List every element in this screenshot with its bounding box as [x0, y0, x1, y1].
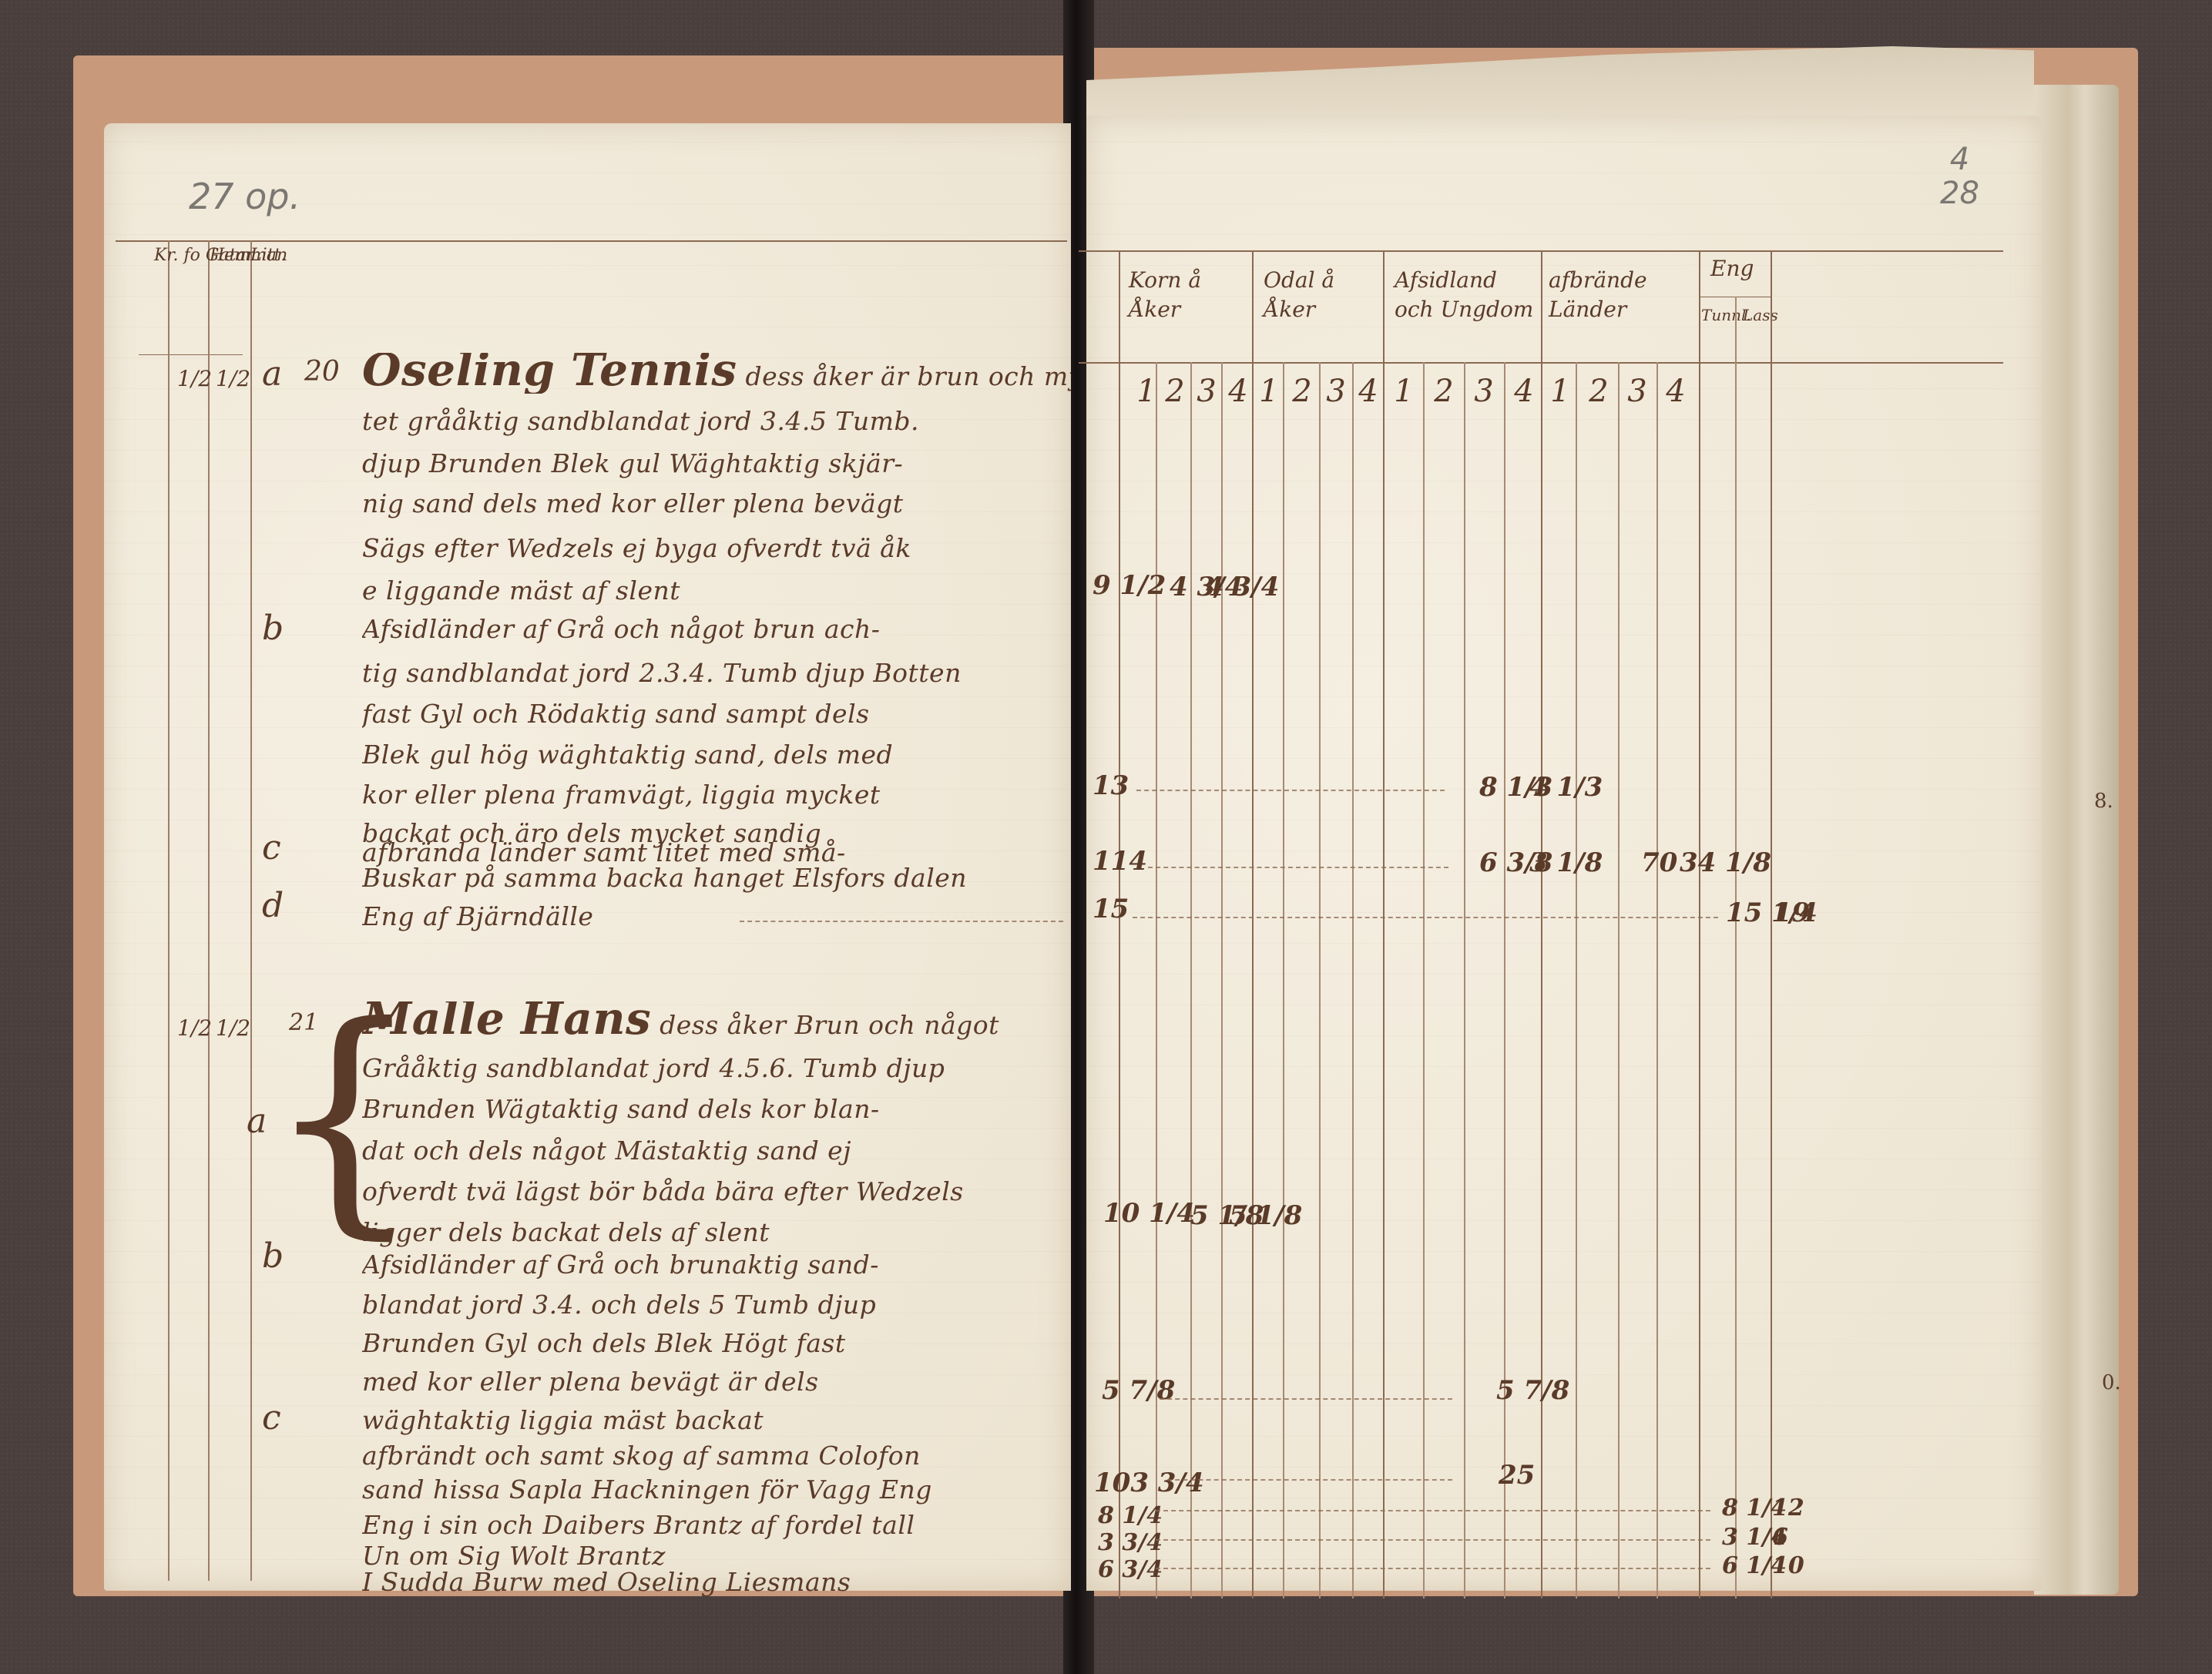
subcol-number: 3 — [1469, 374, 1499, 409]
filler-dashes — [1133, 917, 1718, 918]
filler-dashes — [1167, 1479, 1452, 1481]
column-rule — [1735, 297, 1737, 1599]
cell-first: 3 3/4 — [1098, 1529, 1163, 1556]
litt-mark: c — [262, 828, 281, 867]
cell-first: 114 — [1093, 846, 1147, 877]
entry-first-line: Oseling Tennis dess åker är brun och myl… — [362, 353, 1071, 394]
cell-first: 10 1/4 — [1103, 1198, 1195, 1229]
entry-line: sand hissa Sapla Hackningen för Vagg Eng — [362, 1473, 1071, 1507]
cell-first: 8 1/4 — [1098, 1502, 1163, 1529]
header-eng: Eng — [1703, 254, 1772, 283]
litt-mark: b — [262, 609, 284, 648]
entry-line: Grååktig sandblandat jord 4.5.6. Tumb dj… — [362, 1052, 1071, 1085]
entry-name: Malle Hans — [362, 1001, 651, 1042]
entry-name: Oseling Tennis — [362, 353, 737, 394]
entry-line: ofverdt tvä lägst bör båda bära efter We… — [362, 1175, 1071, 1209]
litt-mark: b — [262, 1236, 284, 1276]
filler-dashes — [1148, 867, 1448, 868]
filler-dashes — [1156, 1539, 1710, 1541]
cell-value: 70 — [1641, 847, 1677, 878]
entry-line: Eng af Bjärndälle — [362, 900, 1071, 934]
left-folio-number: 27 op. — [189, 176, 300, 217]
column-rule — [1464, 362, 1465, 1599]
entry-number: 21 — [289, 1009, 318, 1036]
litt-mark: a — [247, 1102, 267, 1141]
subcol-number: 3 — [1321, 374, 1351, 409]
subcol-number: 1 — [1545, 374, 1576, 409]
cell-first: 9 1/2 — [1093, 570, 1166, 601]
entry-line: Brunden Wägtaktig sand dels kor blan- — [362, 1092, 1071, 1126]
edge-note: 0. — [2102, 1371, 2121, 1394]
share-fraction: 1/2 — [216, 366, 250, 391]
column-rule — [1504, 362, 1505, 1599]
cell-value: 19 — [1774, 897, 1810, 928]
share-fraction: 1/2 — [177, 366, 212, 391]
litt-mark: c — [262, 1398, 281, 1437]
filler-dashes — [740, 921, 1063, 922]
header-eng-lass: Lass — [1735, 300, 1774, 330]
cell-value: 5 7/8 — [1496, 1375, 1569, 1406]
header-rule-bottom — [139, 354, 243, 355]
column-rule — [208, 240, 210, 1581]
column-rule — [1383, 250, 1385, 1599]
subcol-number: 3 — [1622, 374, 1653, 409]
column-rule — [1319, 362, 1321, 1599]
entry-line: Afsidländer af Grå och något brun ach- — [362, 612, 1071, 646]
share-fraction: 1/2 — [216, 1015, 250, 1041]
header-korn-aker: Korn å Åker — [1121, 266, 1248, 324]
subcol-number: 2 — [1583, 374, 1614, 409]
litt-mark: a — [262, 354, 282, 394]
column-rule — [1252, 250, 1254, 1599]
filler-dashes — [1160, 1398, 1452, 1400]
cell-first: 103 3/4 — [1094, 1468, 1204, 1498]
column-rule — [1576, 362, 1577, 1599]
entry-number: 20 — [304, 356, 340, 387]
header-afbrande-lander: afbrände Länder — [1541, 266, 1695, 324]
cell-value: 5 1/8 — [1229, 1200, 1302, 1231]
cell-value: 6 — [1772, 1524, 1788, 1551]
column-rule — [1699, 250, 1700, 1599]
column-rule — [250, 240, 252, 1581]
subcol-number: 3 — [1191, 374, 1222, 409]
entry-line: dat och dels något Mästaktig sand ej — [362, 1134, 1071, 1168]
entry-line: Brunden Gyl och dels Blek Högt fast — [362, 1327, 1071, 1360]
column-rule — [1190, 362, 1192, 1599]
column-rule — [1221, 362, 1223, 1599]
subcol-number: 4 — [1223, 374, 1254, 409]
subcol-number: 1 — [1254, 374, 1284, 409]
cell-value: 25 — [1499, 1460, 1535, 1491]
entry-line: fast Gyl och Rödaktig sand sampt dels — [362, 697, 1071, 731]
cell-first: 13 — [1093, 770, 1129, 801]
entry-line: Afsidländer af Grå och brunaktig sand- — [362, 1248, 1071, 1282]
header-eng-tunnland: Tunnl. — [1693, 300, 1740, 330]
entry-line: tet grååktig sandblandat jord 3.4.5 Tumb… — [362, 404, 1071, 438]
litt-mark: d — [262, 886, 284, 925]
cell-value: 3 1/8 — [1529, 847, 1603, 878]
entry-line: blandat jord 3.4. och dels 5 Tumb djup — [362, 1288, 1071, 1322]
header-litt: Litt. — [250, 245, 286, 267]
entry-line: Eng i sin och Daibers Brantz af fordel t… — [362, 1508, 1071, 1542]
filler-dashes — [1136, 790, 1445, 791]
column-rule — [1156, 362, 1157, 1599]
column-rule — [168, 240, 170, 1581]
header-odal-aker: Odal å Åker — [1256, 266, 1371, 324]
entry-line: Blek gul hög wäghtaktig sand, dels med — [362, 738, 1071, 772]
cell-value: 4 1/3 — [1529, 772, 1603, 803]
entry-line: djup Brunden Blek gul Wäghtaktig skjär- — [362, 447, 1071, 481]
entry-line: afbrändt och samt skog af samma Colofon — [362, 1439, 1071, 1473]
column-rule — [1283, 362, 1284, 1599]
entry-line: wäghtaktig liggia mäst backat — [362, 1404, 1071, 1437]
entry-line: nig sand dels med kor eller plena bevägt — [362, 487, 1071, 521]
subcol-number: 4 — [1660, 374, 1691, 409]
subcol-number: 1 — [1388, 374, 1419, 409]
subcol-number: 2 — [1287, 374, 1317, 409]
entry-line: med kor eller plena bevägt är dels — [362, 1365, 1071, 1399]
cell-first: 5 7/8 — [1102, 1375, 1175, 1406]
entry-line: e liggande mäst af slent — [362, 574, 1071, 608]
header-rule-top — [116, 240, 1067, 242]
entry-line: Sägs efter Wedzels ej byga ofverdt tvä å… — [362, 532, 1071, 565]
column-rule — [1656, 362, 1658, 1599]
subcol-number: 4 — [1509, 374, 1539, 409]
cell-value: 12 — [1772, 1495, 1804, 1521]
column-rule — [1352, 362, 1354, 1599]
share-fraction: 1/2 — [177, 1015, 212, 1041]
cell-value: 34 1/8 — [1680, 847, 1771, 878]
edge-note: 8. — [2094, 790, 2113, 813]
cell-first: 6 3/4 — [1098, 1556, 1163, 1583]
entry-line: ligger dels backat dels af slent — [362, 1216, 1071, 1250]
filler-dashes — [1156, 1510, 1710, 1511]
right-folio-number: 4 28 — [1940, 143, 1979, 210]
entry-line: kor eller plena framvägt, liggia mycket — [362, 778, 1071, 812]
subcol-number: 4 — [1353, 374, 1384, 409]
subcol-number: 2 — [1160, 374, 1190, 409]
subcol-number: 2 — [1428, 374, 1459, 409]
header-afsidland: Afsidland och Ungdom — [1387, 266, 1541, 324]
column-rule — [1618, 362, 1620, 1599]
entry-line: tig sandblandat jord 2.3.4. Tumb djup Bo… — [362, 656, 1071, 690]
entry-line: I Sudda Burw med Oseling Liesmans — [362, 1565, 1071, 1599]
cell-first: 15 — [1093, 894, 1129, 924]
cell-value: 4 3/4 — [1206, 572, 1279, 602]
entry-line: Buskar på samma backa hanget Elsfors dal… — [362, 861, 1071, 895]
column-rule — [1423, 362, 1425, 1599]
filler-dashes — [1156, 1568, 1710, 1569]
cell-value: 10 — [1772, 1552, 1804, 1579]
subcol-number: 1 — [1131, 374, 1162, 409]
stacked-page-edges — [2034, 85, 2119, 1595]
entry-first-line: Malle Hans dess åker Brun och något — [362, 1001, 1071, 1042]
